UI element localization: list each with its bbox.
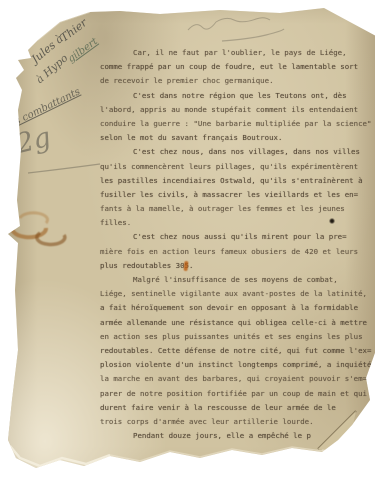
text-line: fants à la mamelle, à outrager les femme… <box>100 202 375 216</box>
text-line: trois corps d'armée avec leur artillerie… <box>100 415 375 429</box>
text-line: l'abord, appris au monde stupéfait comme… <box>100 103 375 117</box>
photographed-document: { "document": { "lines": [ {"text": "Car… <box>0 0 375 480</box>
dark-fleck <box>329 218 335 224</box>
text-line: C'est chez nous, dans nos villages, dans… <box>100 145 375 159</box>
text-line: C'est chez nous aussi qu'ils mirent pour… <box>100 230 375 244</box>
text-line: Car, il ne faut par l'oublier, le pays d… <box>100 46 375 60</box>
text-line: fusiller les civils, à massacrer les vie… <box>100 188 375 202</box>
text-line: conduire la guerre : "Une barbarie multi… <box>100 117 375 131</box>
handwritten-annotation: Thier <box>58 16 90 44</box>
photo-mat: Car, il ne faut par l'oublier, le pays d… <box>0 0 375 480</box>
text-line: parer de notre position fortifiée par un… <box>100 387 375 401</box>
text-line: plosion violente d'un instinct longtemps… <box>100 358 375 372</box>
typewritten-text: Car, il ne faut par l'oublier, le pays d… <box>100 46 375 443</box>
text-line: de recevoir le premier choc germanique. <box>100 74 375 88</box>
text-line: comme frappé par un coup de foudre, eut … <box>100 60 375 74</box>
text-line: C'est dans notre région que les Teutons … <box>100 89 375 103</box>
text-line: armée allemande une résistance qui oblig… <box>100 316 375 330</box>
faint-pencil-scribble <box>188 18 284 41</box>
text-line: selon le mot du savant français Boutroux… <box>100 131 375 145</box>
rust-paperclip-stain <box>12 213 65 245</box>
text-line: Malgré l'insuffisance de ses moyens de c… <box>100 273 375 287</box>
text-line: mière fois en action leurs fameux obusie… <box>100 245 375 259</box>
text-line: en action ses plus puissantes unités et … <box>100 330 375 344</box>
pencil-underline-stroke <box>28 164 100 173</box>
text-line: a fait héroïquement son devoir en opposa… <box>100 301 375 315</box>
handwritten-flourish: 2g <box>13 122 54 160</box>
text-line: Liége, sentinelle vigilante aux avant-po… <box>100 287 375 301</box>
text-line: la marche en avant des barbares, qui cro… <box>100 372 375 386</box>
edge-dots <box>343 447 345 449</box>
text-line: les pastilles incendiaires Ostwald, qu'i… <box>100 174 375 188</box>
document-page: Car, il ne faut par l'oublier, le pays d… <box>0 0 375 480</box>
text-line: durent faire venir à la rescousse de leu… <box>100 401 375 415</box>
text-line: plus redoutables 305. <box>100 259 375 273</box>
text-line: redoutables. Cette défense de notre cité… <box>100 344 375 358</box>
text-line: qu'ils commencèrent leurs pillages, qu'i… <box>100 160 375 174</box>
